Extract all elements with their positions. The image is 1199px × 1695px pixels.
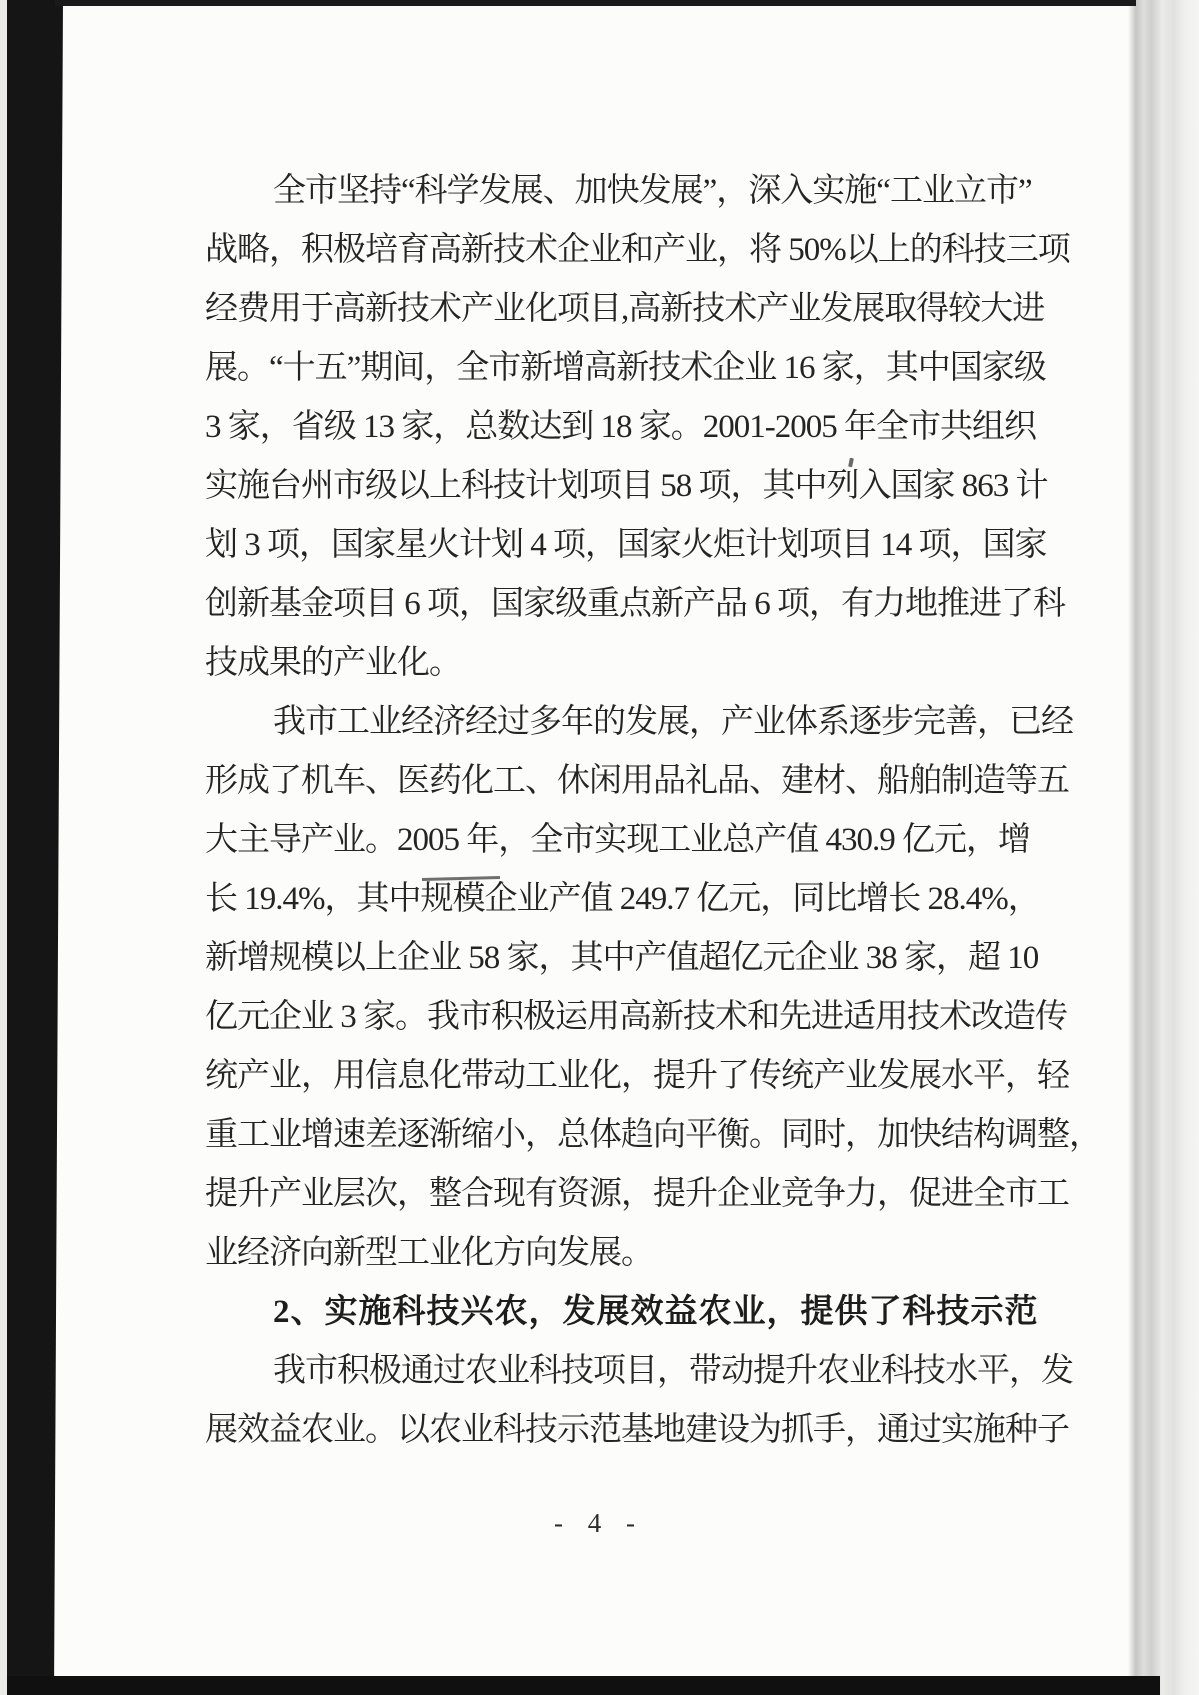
text-line: 展。“十五”期间，全市新增高新技术企业 16 家，其中国家级 <box>205 339 1067 398</box>
text-line: 全市坚持“科学发展、加快发展”，深入实施“工业立市” <box>205 162 1067 221</box>
text-line: 3 家，省级 13 家，总数达到 18 家。2001-2005 年全市共组织 <box>205 398 1067 457</box>
text-line: 大主导产业。2005 年，全市实现工业总产值 430.9 亿元，增 <box>205 811 1067 870</box>
text-line: 提升产业层次，整合现有资源，提升企业竞争力，促进全市工 <box>205 1165 1067 1224</box>
text-line: 长 19.4%，其中规模企业产值 249.7 亿元，同比增长 28.4%， <box>205 870 1067 929</box>
document-text: 全市坚持“科学发展、加快发展”，深入实施“工业立市”战略，积极培育高新技术企业和… <box>205 162 1067 1460</box>
left-binding-black-bar <box>0 0 64 1695</box>
page-number: - 4 - <box>62 1508 1128 1539</box>
top-edge-black-strip <box>55 0 1136 6</box>
text-line: 重工业增速差逐渐缩小，总体趋向平衡。同时，加快结构调整， <box>205 1106 1067 1165</box>
text-line: 展效益农业。以农业科技示范基地建设为抓手，通过实施种子 <box>205 1401 1067 1460</box>
scanned-page: 全市坚持“科学发展、加快发展”，深入实施“工业立市”战略，积极培育高新技术企业和… <box>0 0 1199 1695</box>
text-line: 技成果的产业化。 <box>205 634 1067 693</box>
text-line: 形成了机车、医药化工、休闲用品礼品、建材、船舶制造等五 <box>205 752 1067 811</box>
text-line: 战略，积极培育高新技术企业和产业，将 50%以上的科技三项 <box>205 221 1067 280</box>
text-line: 经费用于高新技术产业化项目,高新技术产业发展取得较大进 <box>205 280 1067 339</box>
text-line: 统产业，用信息化带动工业化，提升了传统产业发展水平，轻 <box>205 1047 1067 1106</box>
text-line: 实施台州市级以上科技计划项目 58 项，其中列入国家 863 计 <box>205 457 1067 516</box>
bottom-edge-black-strip <box>0 1676 1160 1695</box>
text-line: 新增规模以上企业 58 家，其中产值超亿元企业 38 家，超 10 <box>205 929 1067 988</box>
text-line: 业经济向新型工业化方向发展。 <box>205 1224 1067 1283</box>
text-line: 亿元企业 3 家。我市积极运用高新技术和先进适用技术改造传 <box>205 988 1067 1047</box>
section-heading-line: 2、实施科技兴农，发展效益农业，提供了科技示范 <box>205 1283 1067 1342</box>
text-line: 我市积极通过农业科技项目，带动提升农业科技水平，发 <box>205 1342 1067 1401</box>
text-line: 我市工业经济经过多年的发展，产业体系逐步完善，已经 <box>205 693 1067 752</box>
page-curl-shadow <box>1128 0 1199 1695</box>
scanner-edge-sliver <box>0 0 7 1695</box>
text-line: 划 3 项，国家星火计划 4 项，国家火炬计划项目 14 项，国家 <box>205 516 1067 575</box>
text-line: 创新基金项目 6 项，国家级重点新产品 6 项，有力地推进了科 <box>205 575 1067 634</box>
